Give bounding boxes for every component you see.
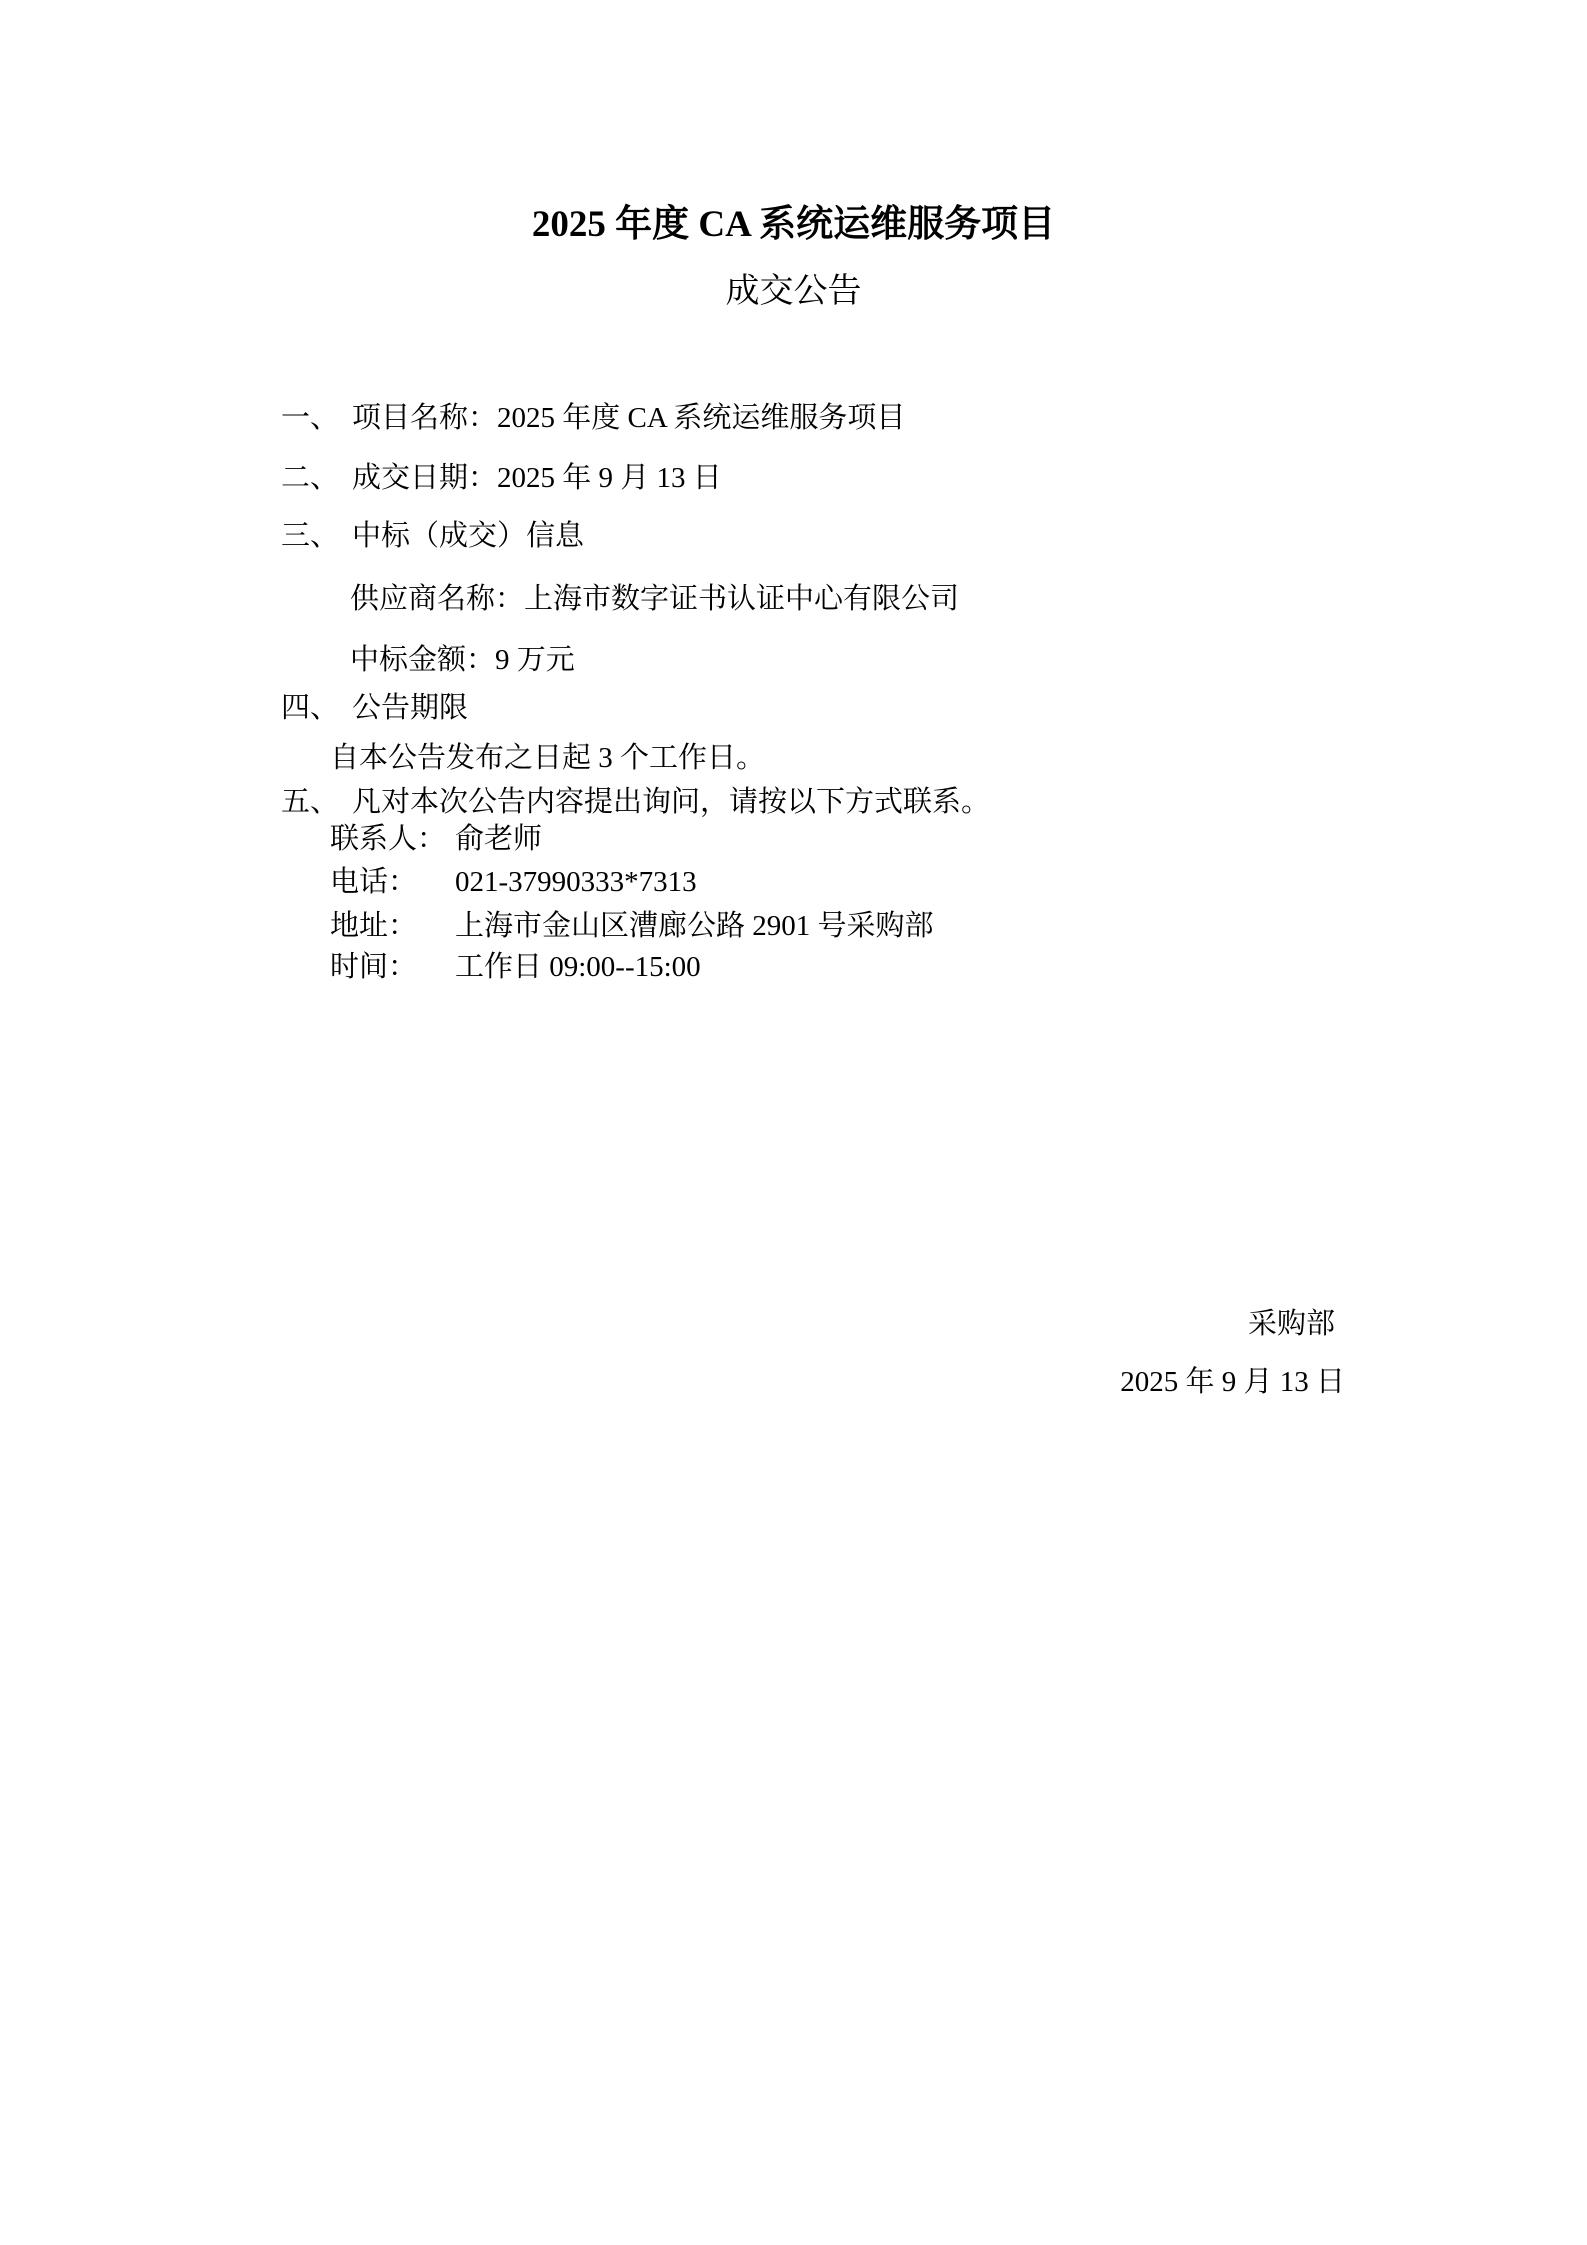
signature-department: 采购部 <box>1248 1302 1335 1346</box>
supplier-name-line: 供应商名称：上海市数字证书认证中心有限公司 <box>350 577 959 621</box>
contact-label: 时间： <box>330 945 455 989</box>
contact-label: 地址： <box>330 904 455 948</box>
item-text: 项目名称：2025 年度 CA 系统运维服务项目 <box>352 402 905 434</box>
list-item-award-info: 三、中标（成交）信息 <box>281 514 584 558</box>
item-text: 中标（成交）信息 <box>352 520 584 552</box>
contact-label: 电话： <box>330 860 455 904</box>
signature-date: 2025 年 9 月 13 日 <box>1120 1360 1345 1404</box>
contact-row-phone: 电话： 021-37990333*7313 <box>330 860 697 904</box>
document-page: 2025 年度 CA 系统运维服务项目 成交公告 一、项目名称：2025 年度 … <box>0 0 1587 2245</box>
item-number: 二、 <box>281 456 352 500</box>
item-number: 一、 <box>281 396 352 440</box>
award-amount-line: 中标金额：9 万元 <box>350 638 575 682</box>
item-text: 公告期限 <box>352 692 468 724</box>
document-title: 2025 年度 CA 系统运维服务项目 <box>0 199 1587 251</box>
contact-value: 021-37990333*7313 <box>455 860 697 904</box>
contact-value: 上海市金山区漕廊公路 2901 号采购部 <box>455 904 934 948</box>
contact-value: 俞老师 <box>455 817 542 861</box>
item-number: 四、 <box>281 686 352 730</box>
document-subtitle: 成交公告 <box>0 268 1587 316</box>
contact-label: 联系人： <box>330 817 455 861</box>
item-number: 三、 <box>281 514 352 558</box>
item-text: 成交日期：2025 年 9 月 13 日 <box>352 462 722 494</box>
list-item-award-date: 二、成交日期：2025 年 9 月 13 日 <box>281 456 722 500</box>
item-text: 凡对本次公告内容提出询问，请按以下方式联系。 <box>352 786 990 818</box>
notice-period-line: 自本公告发布之日起 3 个工作日。 <box>330 736 765 780</box>
list-item-project-name: 一、项目名称：2025 年度 CA 系统运维服务项目 <box>281 396 905 440</box>
list-item-notice-period: 四、公告期限 <box>281 686 468 730</box>
contact-row-hours: 时间： 工作日 09:00--15:00 <box>330 945 701 989</box>
contact-row-address: 地址： 上海市金山区漕廊公路 2901 号采购部 <box>330 904 934 948</box>
contact-row-person: 联系人： 俞老师 <box>330 817 542 861</box>
contact-value: 工作日 09:00--15:00 <box>455 945 701 989</box>
